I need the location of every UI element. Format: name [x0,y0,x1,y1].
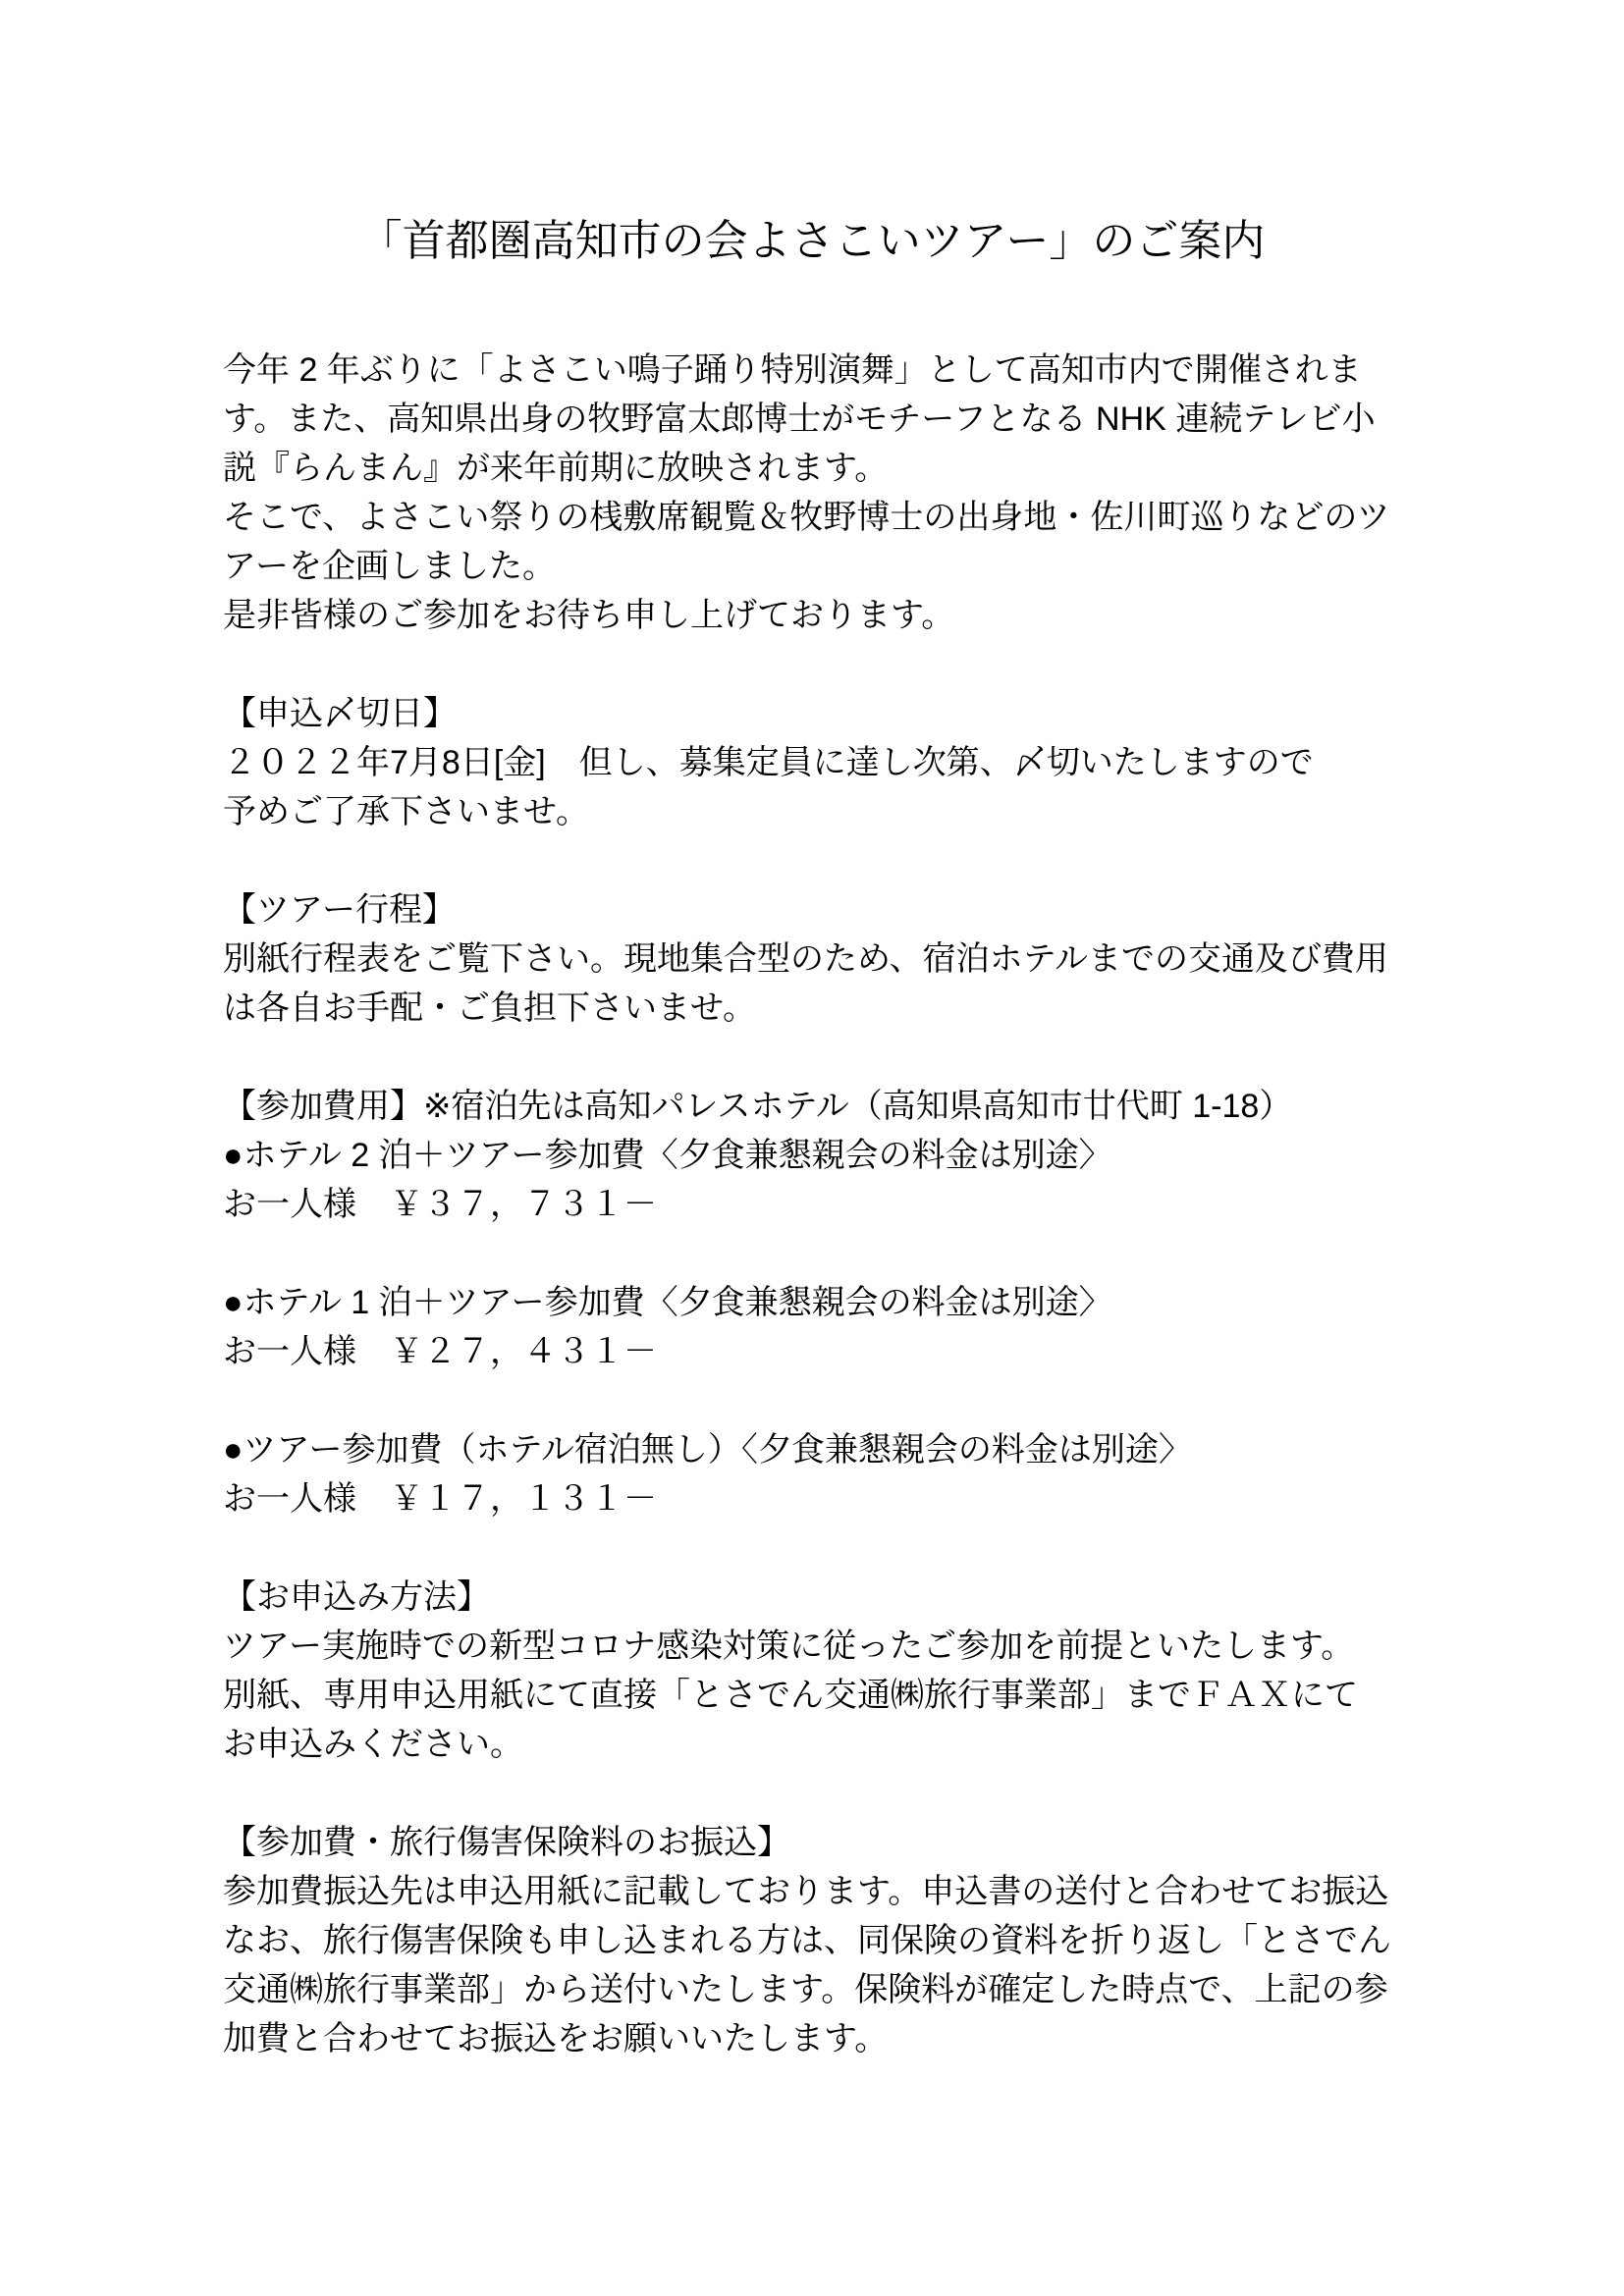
intro-line: アーを企画しました。 [223,542,1401,591]
section-heading: 【参加費・旅行傷害保険料のお振込】 [223,1818,1401,1867]
fee-option: ●ツアー参加費（ホテル宿泊無し）〈夕食兼懇親会の料金は別途〉 お一人様 ￥１７，… [223,1425,1401,1523]
document-page: 「首都圏高知市の会よさこいツアー」のご案内 今年 2 年ぶりに「よさこい鳴子踊り… [0,0,1624,2296]
section-heading: 【お申込み方法】 [223,1573,1401,1622]
section-fees: 【参加費用】※宿泊先は高知パレスホテル（高知県高知市廿代町 1-18） ●ホテル… [223,1082,1401,1229]
section-heading: 【参加費用】※宿泊先は高知パレスホテル（高知県高知市廿代町 1-18） [223,1082,1401,1131]
fee-option: ●ホテル 1 泊＋ツアー参加費〈夕食兼懇親会の料金は別途〉 お一人様 ￥２７，４… [223,1278,1401,1376]
intro-line: そこで、よさこい祭りの桟敷席観覧＆牧野博士の出身地・佐川町巡りなどのツ [223,493,1401,542]
intro-line: 説『らんまん』が来年前期に放映されます。 [223,444,1401,493]
payment-line: 参加費振込先は申込用紙に記載しております。申込書の送付と合わせてお振込 [223,1867,1401,1916]
fee-option-price: お一人様 ￥１７，１３１－ [223,1474,1401,1523]
section-deadline: 【申込〆切日】 ２０２２年7月8日[金] 但し、募集定員に達し次第、〆切いたしま… [223,689,1401,836]
section-itinerary: 【ツアー行程】 別紙行程表をご覧下さい。現地集合型のため、宿泊ホテルまでの交通及… [223,885,1401,1033]
intro-line: 是非皆様のご参加をお待ち申し上げております。 [223,591,1401,640]
section-payment: 【参加費・旅行傷害保険料のお振込】 参加費振込先は申込用紙に記載しております。申… [223,1818,1401,2063]
payment-line: なお、旅行傷害保険も申し込まれる方は、同保険の資料を折り返し「とさでん [223,1916,1401,1965]
fee-option-label: ●ホテル 2 泊＋ツアー参加費〈夕食兼懇親会の料金は別途〉 [223,1131,1401,1180]
fee-option-price: お一人様 ￥２７，４３１－ [223,1327,1401,1376]
page-title: 「首都圏高知市の会よさこいツアー」のご案内 [0,214,1624,269]
intro-line: 今年 2 年ぶりに「よさこい鳴子踊り特別演舞」として高知市内で開催されま [223,346,1401,395]
document-body: 今年 2 年ぶりに「よさこい鳴子踊り特別演舞」として高知市内で開催されま す。ま… [223,346,1401,2112]
section-heading: 【ツアー行程】 [223,885,1401,934]
section-application: 【お申込み方法】 ツアー実施時での新型コロナ感染対策に従ったご参加を前提といたし… [223,1573,1401,1769]
intro-line: す。また、高知県出身の牧野富太郎博士がモチーフとなる NHK 連続テレビ小 [223,395,1401,444]
fee-option-price: お一人様 ￥３７，７３１－ [223,1180,1401,1229]
fee-option-label: ●ホテル 1 泊＋ツアー参加費〈夕食兼懇親会の料金は別途〉 [223,1278,1401,1327]
application-line: 別紙、専用申込用紙にて直接「とさでん交通㈱旅行事業部」までＦＡＸにて [223,1671,1401,1720]
deadline-line: 予めご了承下さいませ。 [223,787,1401,836]
payment-line: 交通㈱旅行事業部」から送付いたします。保険料が確定した時点で、上記の参 [223,1965,1401,2014]
itinerary-line: は各自お手配・ご負担下さいませ。 [223,984,1401,1033]
application-line: ツアー実施時での新型コロナ感染対策に従ったご参加を前提といたします。 [223,1622,1401,1671]
section-heading: 【申込〆切日】 [223,689,1401,738]
fee-option-label: ●ツアー参加費（ホテル宿泊無し）〈夕食兼懇親会の料金は別途〉 [223,1425,1401,1474]
intro-paragraph: 今年 2 年ぶりに「よさこい鳴子踊り特別演舞」として高知市内で開催されま す。ま… [223,346,1401,640]
itinerary-line: 別紙行程表をご覧下さい。現地集合型のため、宿泊ホテルまでの交通及び費用 [223,934,1401,984]
deadline-line: ２０２２年7月8日[金] 但し、募集定員に達し次第、〆切いたしますので [223,738,1401,787]
payment-line: 加費と合わせてお振込をお願いいたします。 [223,2014,1401,2063]
application-line: お申込みください。 [223,1720,1401,1769]
